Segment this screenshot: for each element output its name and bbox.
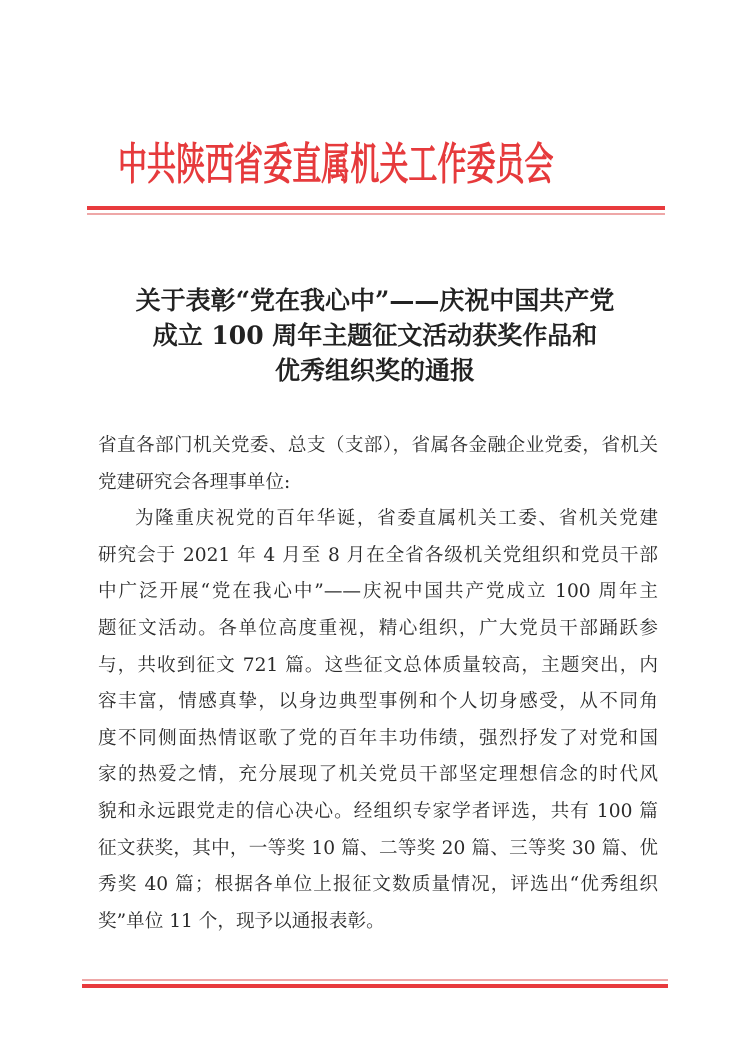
paragraph-line: 题征文活动。各单位高度重视，精心组织，广大党员干部踊跃参 — [98, 611, 658, 648]
salutation-line: 党建研究会各理事单位: — [98, 465, 658, 502]
document-title: 关于表彰“党在我心中”——庆祝中国共产党 成立 100 周年主题征文活动获奖作品… — [60, 283, 690, 388]
paragraph-line: 貌和永远跟党走的信心决心。经组织专家学者评选，共有 100 篇 — [98, 794, 658, 831]
masthead-rule-thick — [87, 206, 665, 210]
paragraph-line: 容丰富，情感真挚，以身边典型事例和个人切身感受，从不同角 — [98, 684, 658, 721]
paragraph-line: 研究会于 2021 年 4 月至 8 月在全省各级机关党组织和党员干部 — [98, 538, 658, 575]
paragraph-line: 征文获奖，其中，一等奖 10 篇、二等奖 20 篇、三等奖 30 篇、优 — [98, 831, 658, 868]
footer-rule-thin — [82, 979, 668, 981]
paragraph-line: 与，共收到征文 721 篇。这些征文总体质量较高，主题突出，内 — [98, 648, 658, 685]
paragraph-line: 度不同侧面热情讴歌了党的百年丰功伟绩，强烈抒发了对党和国 — [98, 721, 658, 758]
footer-rule-thick — [82, 984, 668, 988]
title-line: 优秀组织奖的通报 — [60, 353, 690, 388]
title-line: 成立 100 周年主题征文活动获奖作品和 — [60, 318, 690, 353]
paragraph-line: 奖”单位 11 个，现予以通报表彰。 — [98, 904, 658, 941]
masthead-rule-thin — [87, 213, 665, 215]
paragraph-line: 为隆重庆祝党的百年华诞，省委直属机关工委、省机关党建 — [98, 501, 658, 538]
paragraph-line: 秀奖 40 篇；根据各单位上报征文数质量情况，评选出“优秀组织 — [98, 867, 658, 904]
paragraph-line: 家的热爱之情，充分展现了机关党员干部坚定理想信念的时代风 — [98, 757, 658, 794]
document-body: 省直各部门机关党委、总支（支部），省属各金融企业党委，省机关 党建研究会各理事单… — [98, 428, 658, 940]
masthead-organization-name: 中共陕西省委直属机关工作委员会 — [118, 136, 461, 194]
title-line: 关于表彰“党在我心中”——庆祝中国共产党 — [60, 283, 690, 318]
paragraph-line: 中广泛开展“党在我心中”——庆祝中国共产党成立 100 周年主 — [98, 574, 658, 611]
salutation-line: 省直各部门机关党委、总支（支部），省属各金融企业党委，省机关 — [98, 428, 658, 465]
